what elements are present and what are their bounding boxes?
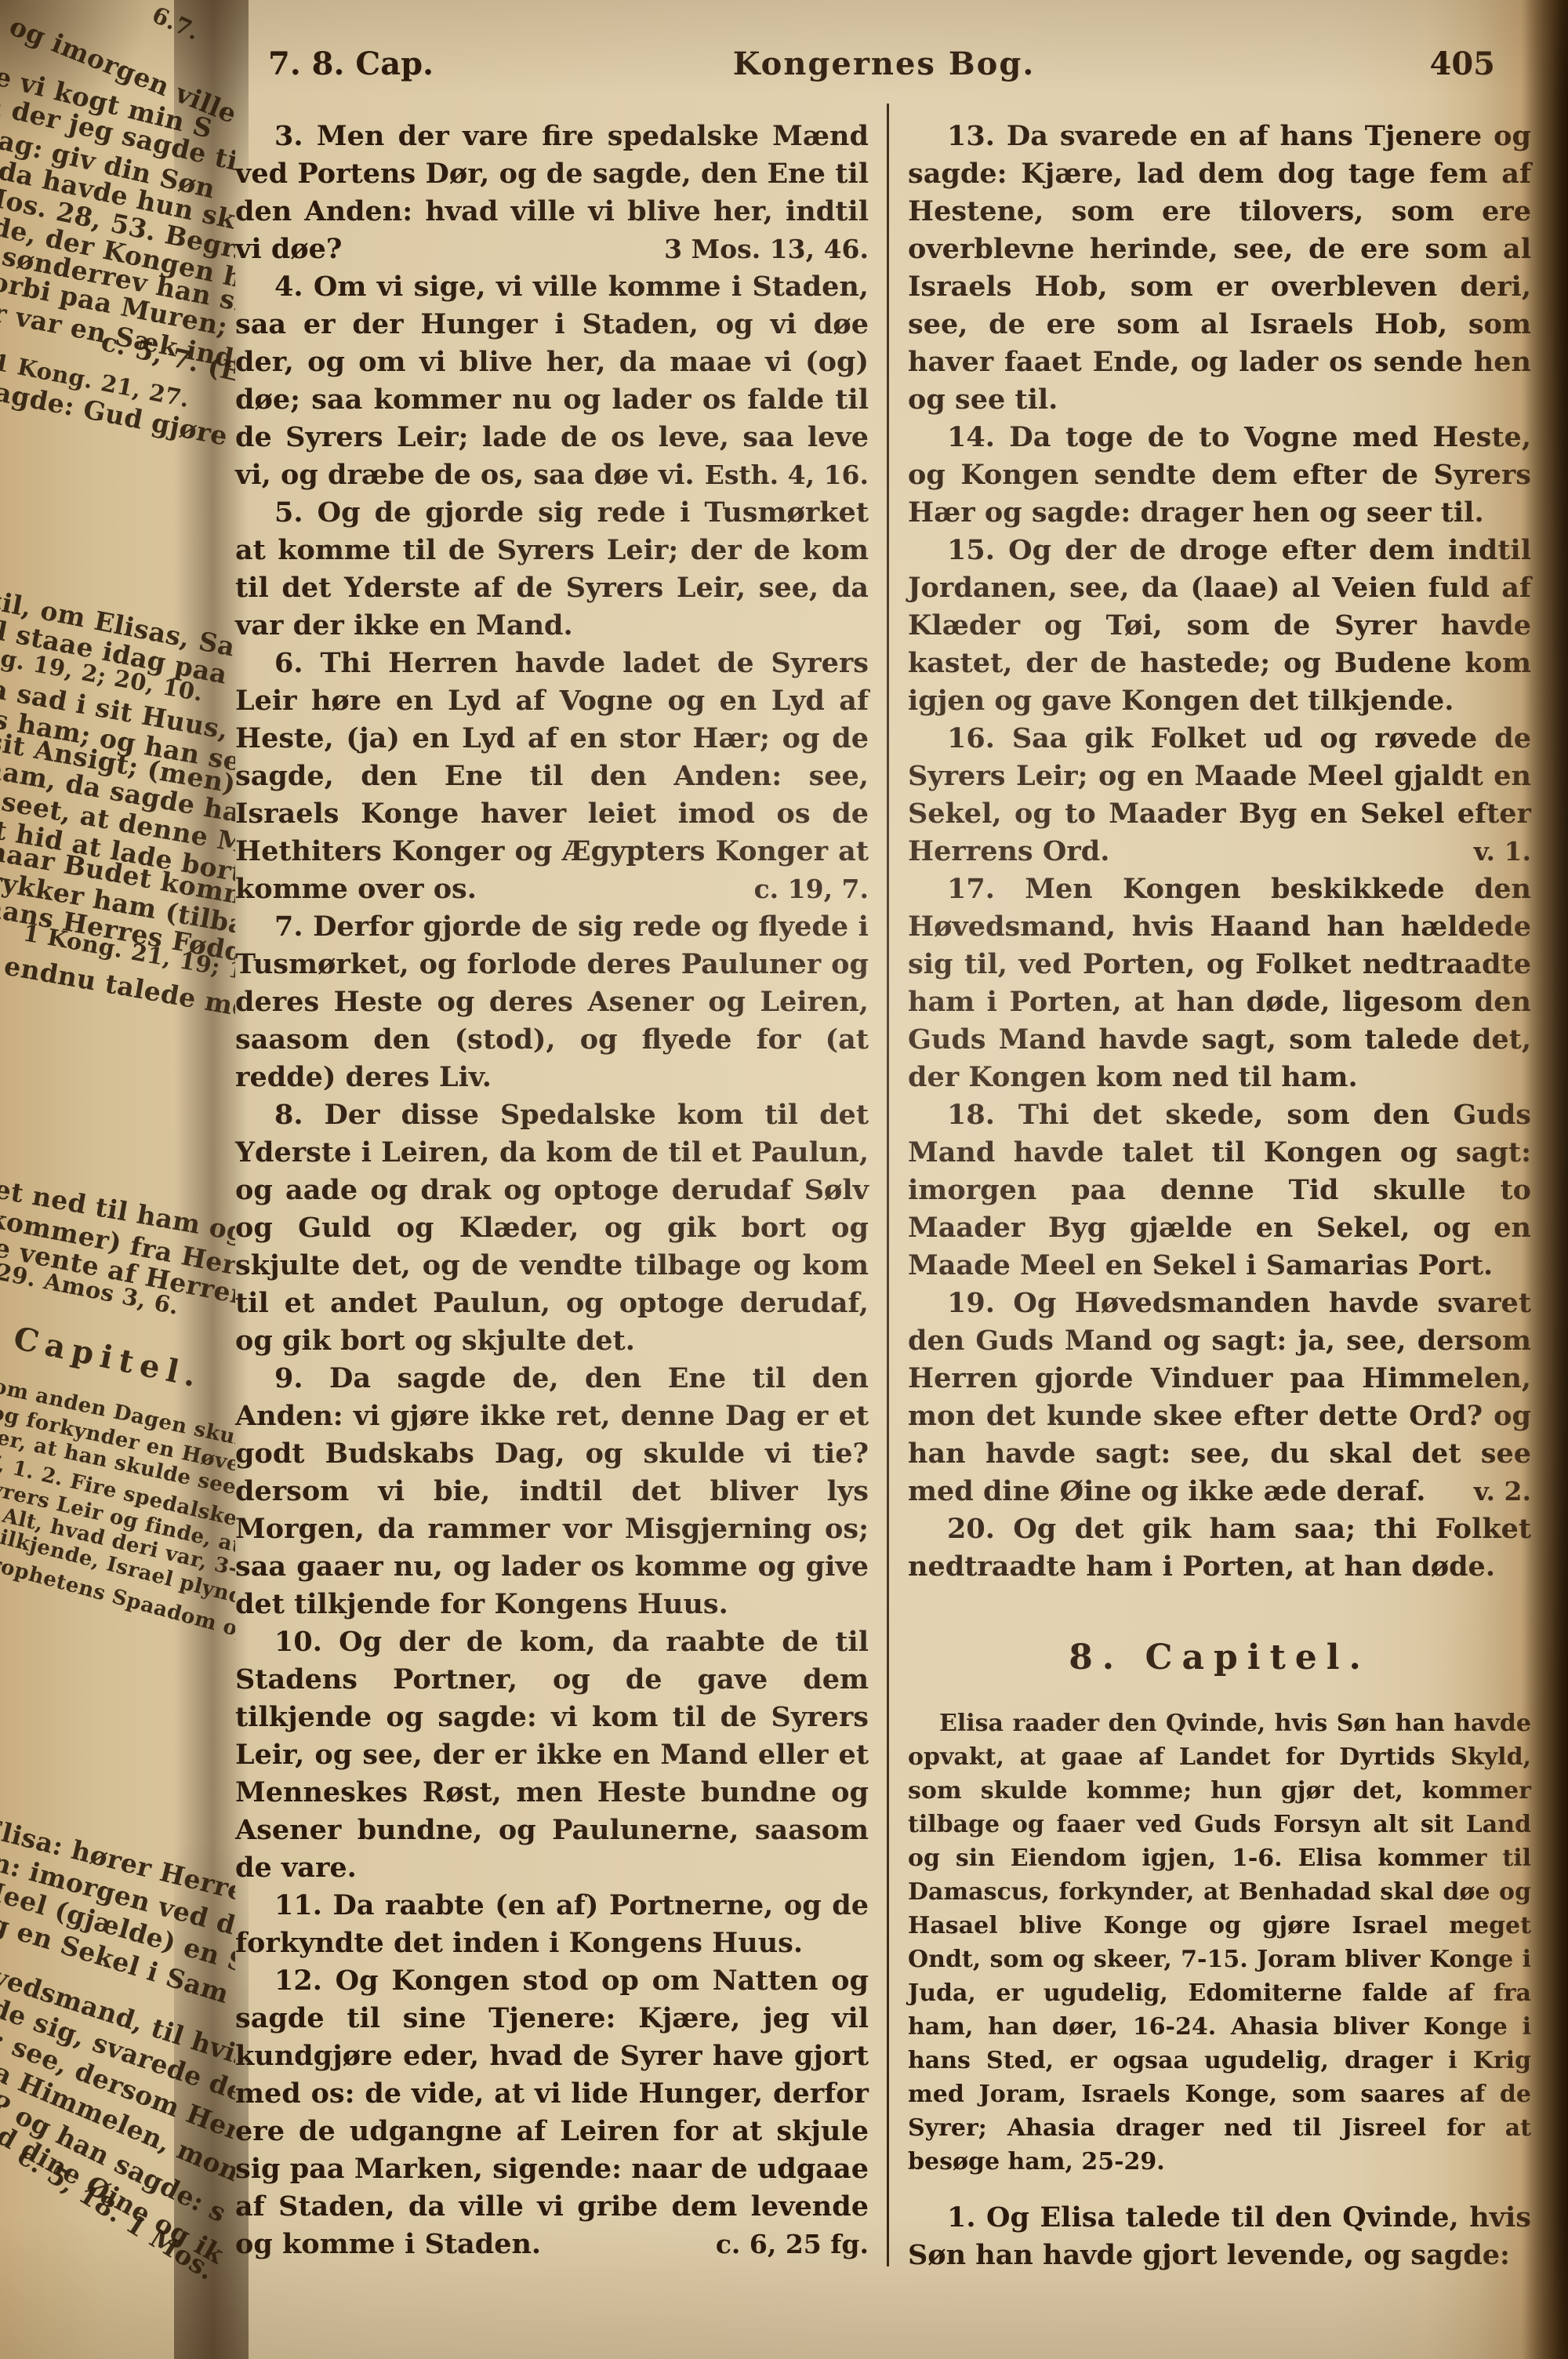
verse-number: 13. [947,120,1007,152]
verse-8: 8. Der disse Spedalske kom til det Yders… [235,1096,869,1360]
verse-17: 17. Men Kongen beskikkede den Høvedsmand… [908,871,1531,1096]
left-column: 3. Men der vare fire spedalske Mænd ved … [235,118,869,2263]
verse-number: 14. [947,421,1009,453]
verse-18: 18. Thi det skede, som den Guds Mand hav… [908,1096,1531,1285]
verse-number: 20. [947,1513,1013,1545]
cross-reference: c. 19, 7. [715,871,869,908]
verse-number: 18. [947,1099,1018,1131]
cross-reference: v. 2. [1435,1473,1531,1510]
cross-reference: 3 Mos. 13, 46. [625,231,869,268]
verse-15: 15. Og der de droge efter dem indtil Jor… [908,532,1531,720]
verse-3: 3. Men der vare fire spedalske Mænd ved … [235,118,869,268]
cross-reference: Esth. 4, 16. [666,456,869,494]
right-column: 13. Da svarede en af hans Tjenere og sag… [908,118,1531,2274]
verse-number: 15. [947,534,1008,566]
cross-reference: c. 6, 25 fg. [677,2226,869,2263]
verse-number: 11. [274,1889,332,1921]
verse-14: 14. Da toge de to Vogne med Heste, og Ko… [908,419,1531,532]
book-title: Kongernes Bog. [235,45,1533,82]
verse-16: 16. Saa gik Folket ud og røvede de Syrer… [908,720,1531,871]
verse-number: 17. [947,873,1025,905]
verse-4: 4. Om vi sige, vi ville komme i Staden, … [235,268,869,494]
verse-1: 1. Og Elisa talede til den Qvinde, hvis … [908,2199,1531,2274]
verse-10: 10. Og der de kom, da raabte de til Stad… [235,1623,869,1887]
verse-number: 8. [274,1099,325,1131]
verse-7: 7. Derfor gjorde de sig rede og flyede i… [235,908,869,1096]
verse-9: 9. Da sagde de, den Ene til den Anden: v… [235,1360,869,1623]
verse-number: 6. [274,647,320,679]
page-number: 405 [1430,45,1496,82]
verse-19: 19. Og Høvedsmanden havde svaret den Gud… [908,1285,1531,1510]
verse-number: 7. [274,911,313,943]
previous-page-edge: g, og imorgen ville6.7.ve vi kogt min Sn… [0,0,235,2359]
verse-11: 11. Da raabte (en af) Portnerne, og de f… [235,1887,869,1962]
verse-number: 16. [947,722,1012,754]
page-header: 7. 8. Cap. Kongernes Bog. 405 [235,45,1533,93]
verse-number: 10. [274,1626,339,1658]
column-divider [887,104,889,2266]
current-page: 7. 8. Cap. Kongernes Bog. 405 3. Men der… [235,0,1533,2359]
verse-number: 9. [274,1362,329,1394]
verse-number: 5. [274,496,318,529]
verse-number: 4. [274,271,314,303]
previous-page-text-fragment: 6.7. [148,1,204,45]
book-photo: { "header": { "left": "7. 8. Cap.", "cen… [0,0,1568,2359]
verse-6: 6. Thi Herren havde ladet de Syrers Leir… [235,645,869,908]
verse-13: 13. Da svarede en af hans Tjenere og sag… [908,118,1531,419]
chapter-heading: 8. Capitel. [908,1639,1531,1677]
chapter-summary: Elisa raader den Qvinde, hvis Søn han ha… [908,1707,1531,2179]
verse-number: 3. [274,120,317,152]
verse-12: 12. Og Kongen stod op om Natten og sagde… [235,1962,869,2263]
verse-20: 20. Og det gik ham saa; thi Folket nedtr… [908,1510,1531,1586]
verse-5: 5. Og de gjorde sig rede i Tusmørket at … [235,494,869,645]
verse-number: 19. [947,1287,1013,1319]
cross-reference: v. 1. [1435,833,1531,871]
verse-number: 12. [274,1965,336,1997]
verse-number: 1. [947,2201,986,2234]
